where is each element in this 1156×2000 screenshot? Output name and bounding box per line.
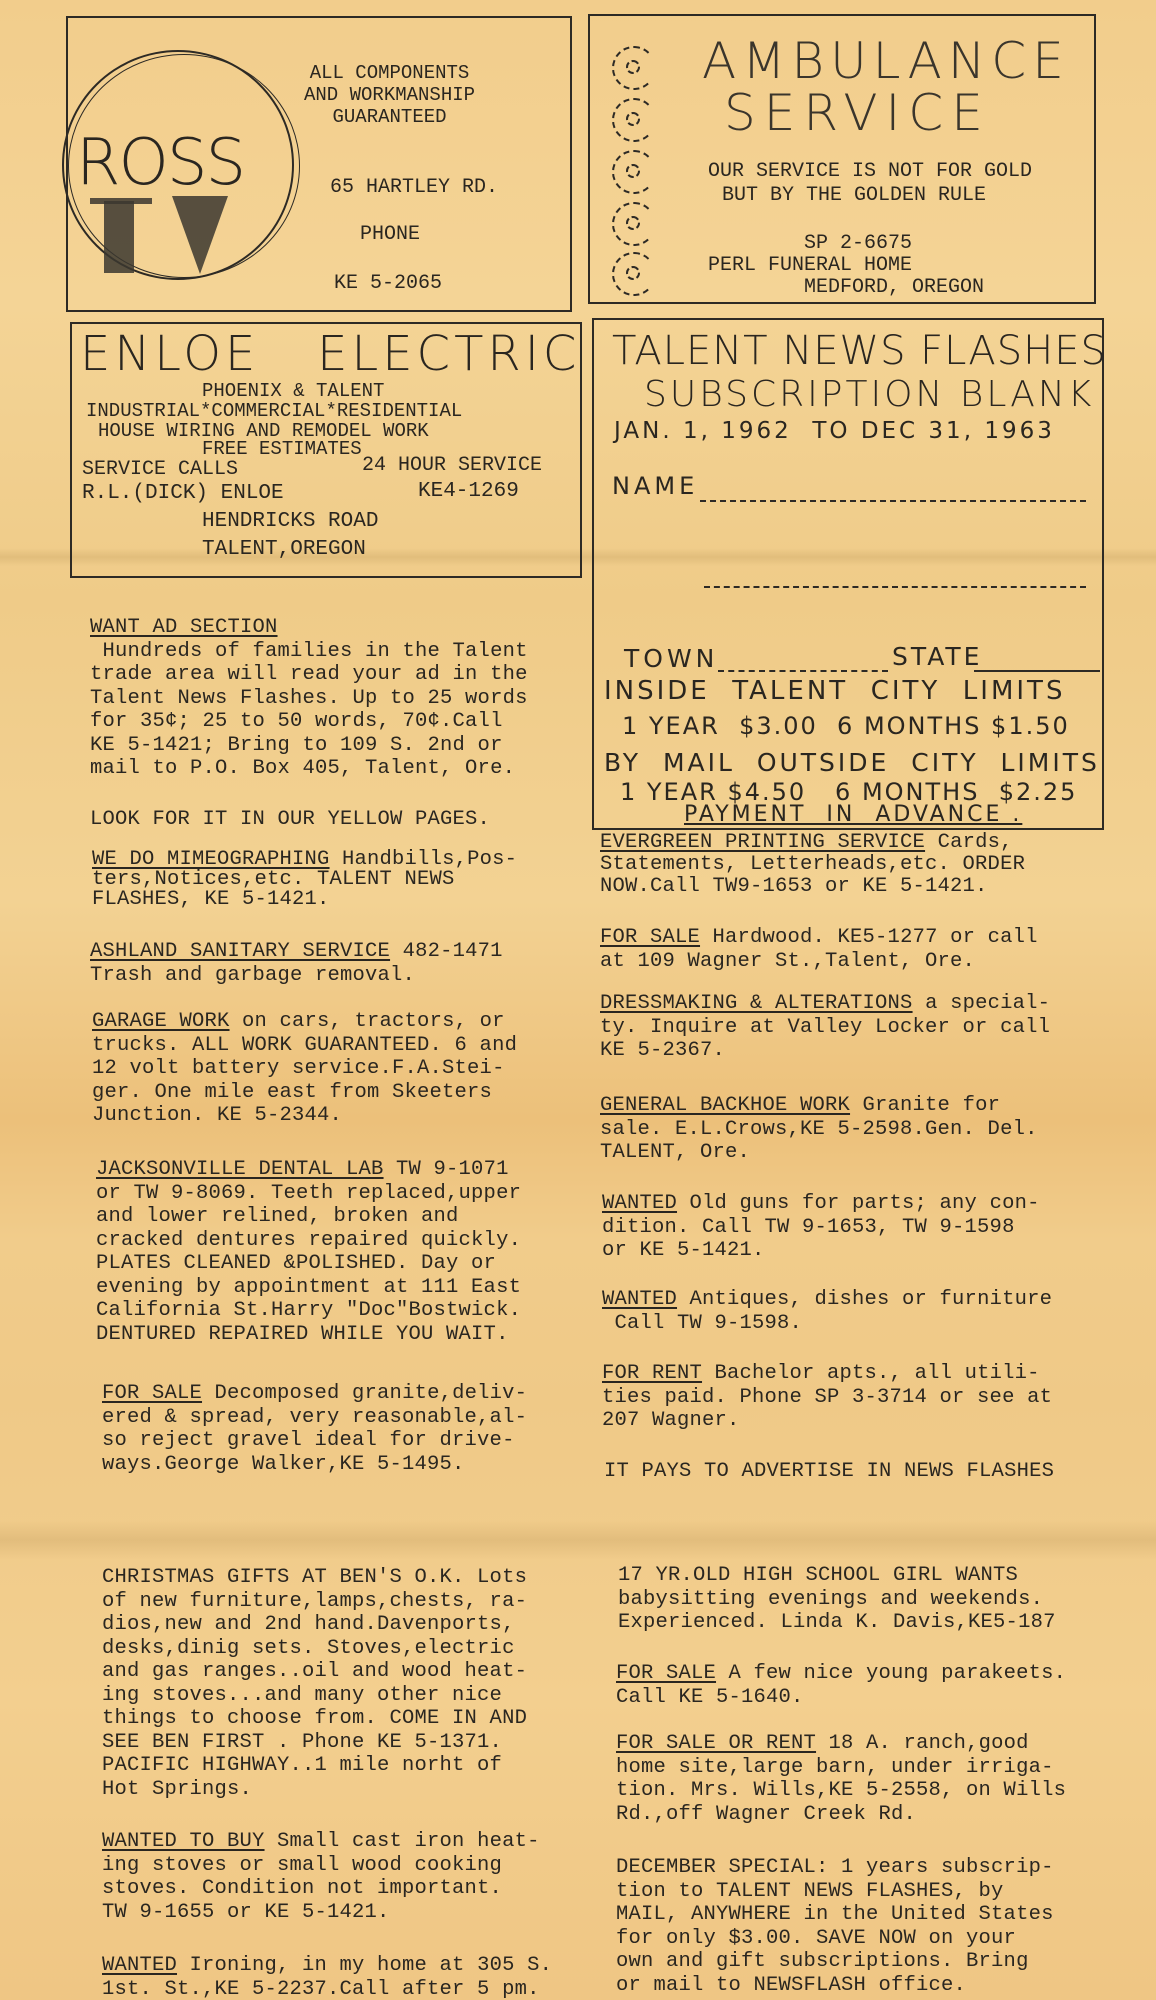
subscription-title: TALENT NEWS FLASHES [612,328,1107,374]
ad-body: CHRISTMAS GIFTS AT BEN'S O.K. Lots of ne… [102,1566,527,1801]
enloe-line2: INDUSTRIAL*COMMERCIAL*RESIDENTIAL [86,400,462,422]
inside-city-limits: INSIDE TALENT CITY LIMITS [604,676,1065,706]
enloe-owner: R.L.(DICK) ENLOE [82,482,284,505]
want-ad: WANTED TO BUY Small cast iron heat- ing … [102,1830,540,1924]
ad-heading: WANTED [602,1288,677,1311]
enloe-service-calls: SERVICE CALLS [82,458,238,481]
ad-body: 17 YR.OLD HIGH SCHOOL GIRL WANTS babysit… [618,1564,1056,1634]
town-label: TOWN [624,644,718,673]
swirl-icon [612,252,656,296]
want-ad: FOR SALE Hardwood. KE5-1277 or call at 1… [600,926,1038,973]
want-ad: FOR RENT Bachelor apts., all utili- ties… [602,1362,1052,1433]
ad-body: Hundreds of families in the Talent trade… [90,640,528,781]
ad-heading: DRESSMAKING & ALTERATIONS [600,992,913,1015]
ambulance-funeral-home: PERL FUNERAL HOME [708,254,912,277]
town-field[interactable] [718,670,888,672]
enloe-line1: PHOENIX & TALENT [202,380,384,402]
swirl-icon [612,150,656,194]
swirl-icon [612,98,656,142]
subscription-blank: TALENT NEWS FLASHES SUBSCRIPTION BLANK J… [592,318,1104,830]
want-ad: FOR SALE OR RENT 18 A. ranch,good home s… [616,1732,1066,1826]
logo-word-ross: ROSS [76,126,244,200]
name-label: NAME [612,472,698,500]
want-ad: DRESSMAKING & ALTERATIONS a special- ty.… [600,992,1050,1063]
ambulance-city: MEDFORD, OREGON [804,276,984,299]
enloe-phone: KE4-1269 [418,480,519,503]
ad-heading: GARAGE WORK [92,1010,230,1033]
yellow-pages-note: LOOK FOR IT IN OUR YELLOW PAGES. [90,808,490,832]
advertise-slogan: IT PAYS TO ADVERTISE IN NEWS FLASHES [604,1460,1054,1484]
enloe-city: TALENT,OREGON [202,538,366,561]
want-ad: WE DO MIMEOGRAPHING Handbills,Pos- ters,… [92,850,517,910]
ad-heading: FOR SALE OR RENT [616,1732,816,1755]
address-field[interactable] [704,586,1086,588]
ad-heading: JACKSONVILLE DENTAL LAB [96,1158,384,1181]
enloe-electric-ad: ENLOE ELECTRIC PHOENIX & TALENT INDUSTRI… [70,322,582,578]
want-ad: WANTED Antiques, dishes or furniture Cal… [602,1288,1052,1335]
subscription-period: JAN. 1, 1962 TO DEC 31, 1963 [614,418,1055,444]
ad-heading: WANTED [102,1954,177,1977]
ross-line1: ALL COMPONENTS [310,62,470,84]
ad-heading: FOR SALE [600,926,700,949]
ad-body: DECEMBER SPECIAL: 1 years subscrip- tion… [616,1856,1054,1997]
enloe-24-hour: 24 HOUR SERVICE [362,454,542,477]
want-ad: FOR SALE Decomposed granite,deliv- ered … [102,1382,527,1476]
enloe-line4: FREE ESTIMATES [202,438,362,460]
want-ad: FOR SALE A few nice young parakeets. Cal… [616,1662,1066,1709]
ambulance-title1: AMBULANCE [702,32,1070,90]
want-ad: JACKSONVILLE DENTAL LAB TW 9-1071 or TW … [96,1158,521,1346]
ambulance-title2: SERVICE [724,84,991,142]
logo-letter-t-bar [90,198,152,204]
swirl-icon [612,46,656,90]
ambulance-ad: AMBULANCE SERVICE OUR SERVICE IS NOT FOR… [588,14,1096,304]
want-ad: EVERGREEN PRINTING SERVICE Cards, Statem… [600,832,1025,898]
ross-line3: GUARANTEED [333,106,447,128]
want-ad: GARAGE WORK on cars, tractors, or trucks… [92,1010,517,1128]
ross-address: 65 HARTLEY RD. [330,176,498,199]
ambulance-motto1: OUR SERVICE IS NOT FOR GOLD [708,160,1032,183]
logo-letter-t [104,201,134,273]
ross-phone-label: PHONE [360,223,420,246]
inside-rates: 1 YEAR $3.00 6 MONTHS $1.50 [622,712,1070,740]
ad-heading: EVERGREEN PRINTING SERVICE [600,831,925,854]
paper-fold [0,1520,1156,1560]
ad-heading: GENERAL BACKHOE WORK [600,1094,850,1117]
enloe-road: HENDRICKS ROAD [202,510,378,533]
want-ad-christmas-gifts: CHRISTMAS GIFTS AT BEN'S O.K. Lots of ne… [102,1566,527,1801]
name-field[interactable] [700,500,1086,502]
want-ad: ASHLAND SANITARY SERVICE 482-1471 Trash … [90,940,503,987]
want-ad: WANTED Ironing, in my home at 305 S. 1st… [102,1954,552,2000]
ross-tv-ad: ROSS ALL COMPONENTS AND WORKMANSHIP GUAR… [66,16,572,312]
swirl-icon [612,202,656,246]
ad-heading: WANTED TO BUY [102,1830,265,1853]
want-ad-section-intro: WANT AD SECTION Hundreds of families in … [90,616,528,781]
state-field[interactable] [974,670,1100,672]
want-ad-babysitting: 17 YR.OLD HIGH SCHOOL GIRL WANTS babysit… [618,1564,1056,1635]
want-ad: GENERAL BACKHOE WORK Granite for sale. E… [600,1094,1038,1165]
ad-heading: ASHLAND SANITARY SERVICE [90,940,390,963]
want-ad: WANTED Old guns for parts; any con- diti… [602,1192,1040,1263]
ad-heading: WANT AD SECTION [90,616,278,639]
ambulance-phone: SP 2-6675 [804,232,912,255]
ross-line2: AND WORKMANSHIP [304,84,475,106]
ad-body: LOOK FOR IT IN OUR YELLOW PAGES. [90,808,490,831]
enloe-title: ENLOE ELECTRIC [80,326,580,382]
ad-body: IT PAYS TO ADVERTISE IN NEWS FLASHES [604,1460,1054,1483]
state-label: STATE [892,642,982,671]
subscription-subtitle: SUBSCRIPTION BLANK [644,374,1094,415]
ad-heading: FOR RENT [602,1362,702,1385]
ad-heading: WANTED [602,1192,677,1215]
ross-guarantee: ALL COMPONENTS AND WORKMANSHIP GUARANTEE… [304,62,475,128]
ad-heading: FOR SALE [616,1662,716,1685]
ad-body: TW 9-1071 or TW 9-8069. Teeth replaced,u… [96,1158,521,1346]
ross-phone: KE 5-2065 [334,272,442,295]
mail-outside-limits: BY MAIL OUTSIDE CITY LIMITS [604,748,1100,777]
ambulance-motto2: BUT BY THE GOLDEN RULE [722,184,986,207]
ad-heading: FOR SALE [102,1382,202,1405]
payment-note: PAYMENT IN ADVANCE . [684,802,1022,827]
december-special: DECEMBER SPECIAL: 1 years subscrip- tion… [616,1856,1054,1997]
logo-letter-v [172,196,228,274]
